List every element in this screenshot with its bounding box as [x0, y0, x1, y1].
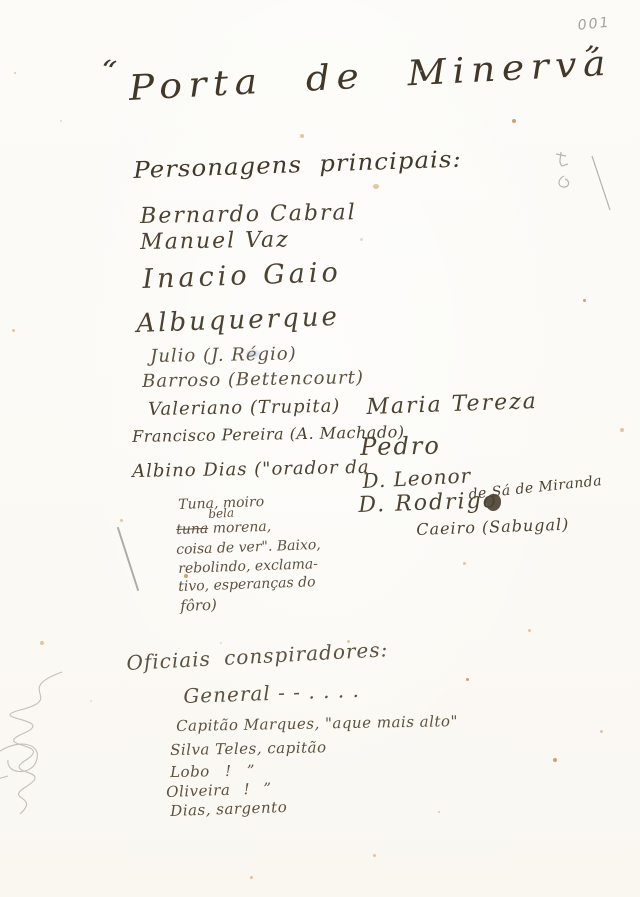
- foxing-stain: [373, 854, 376, 857]
- cast-member: Maria Tereza: [366, 391, 538, 419]
- cast-member: Julio (J. Régio): [150, 345, 297, 366]
- foxing-stain: [40, 641, 44, 645]
- officer-item: General - - . . . .: [183, 680, 360, 706]
- pencil-scribble-mark: [0, 668, 72, 818]
- officer-item: Silva Teles, capitão: [170, 740, 327, 758]
- cast-member: Valeriano (Trupita): [148, 398, 341, 419]
- cast-member: Manuel Vaz: [140, 229, 290, 254]
- foxing-stain: [463, 562, 466, 565]
- dust-speck: [90, 700, 92, 702]
- title-open-quote: “: [97, 56, 118, 89]
- cast-member: Bernardo Cabral: [140, 202, 357, 228]
- foxing-stain: [300, 134, 304, 138]
- foxing-stain: [14, 72, 16, 74]
- foxing-stain: [438, 811, 440, 813]
- foxing-stain: [250, 876, 253, 879]
- dust-speck: [520, 400, 522, 402]
- page-number-pencil: 001: [577, 15, 611, 34]
- albino-note-inserted-word: bela: [208, 507, 234, 520]
- officers-heading: Oficiais conspiradores:: [126, 639, 389, 673]
- foxing-stain: [512, 119, 516, 123]
- dust-speck: [60, 120, 62, 122]
- cast-member: Barroso (Bettencourt): [142, 369, 364, 391]
- dust-speck: [420, 70, 422, 72]
- foxing-stain: [347, 640, 350, 643]
- smudge-stain: [246, 350, 260, 358]
- albino-note-line: fôro): [180, 598, 217, 614]
- officer-item: Lobo ! ”: [170, 764, 255, 780]
- struck-word: tuna: [176, 521, 209, 538]
- albino-note-line: rebolindo, exclama-: [178, 557, 318, 576]
- cast-member: Albuquerque: [136, 304, 340, 337]
- cast-member: Albino Dias ("orador da: [132, 459, 370, 481]
- albino-note-rest: morena,: [208, 519, 271, 537]
- albino-note-line: tuna morena,: [176, 520, 271, 537]
- cast-member-suffix: de Sá de Miranda: [468, 474, 603, 502]
- pencil-annotation-mark: [548, 148, 618, 223]
- foxing-stain: [184, 574, 188, 578]
- manuscript-page: 001 “ Porta de Minerva ” Personagens pri…: [0, 0, 640, 897]
- foxing-stain: [12, 329, 15, 332]
- foxing-stain: [373, 184, 379, 189]
- cast-member: Inacio Gaio: [142, 259, 342, 293]
- foxing-stain: [120, 519, 123, 522]
- foxing-stain: [553, 758, 557, 762]
- foxing-stain: [466, 678, 469, 681]
- albino-note-line: coisa de ver". Baixo,: [176, 538, 321, 557]
- officer-item: Capitão Marques, "aque mais alto": [176, 714, 458, 734]
- officer-item: Oliveira ! ”: [166, 781, 272, 800]
- page-title: Porta de Minerva: [128, 47, 613, 107]
- cast-heading: Personagens principais:: [133, 149, 462, 183]
- pencil-line-mark: [108, 524, 148, 596]
- foxing-stain: [620, 428, 624, 432]
- cast-member: Caeiro (Sabugal): [416, 517, 570, 538]
- cast-member: D. Leonor: [362, 465, 472, 491]
- foxing-stain: [583, 299, 586, 302]
- cast-member: Pedro: [360, 434, 441, 459]
- dust-speck: [220, 642, 222, 644]
- foxing-stain: [600, 730, 603, 733]
- dust-speck: [360, 238, 363, 241]
- foxing-stain: [528, 629, 531, 632]
- albino-note-line: tivo, esperanças do: [178, 575, 316, 594]
- officer-item: Dias, sargento: [170, 800, 287, 819]
